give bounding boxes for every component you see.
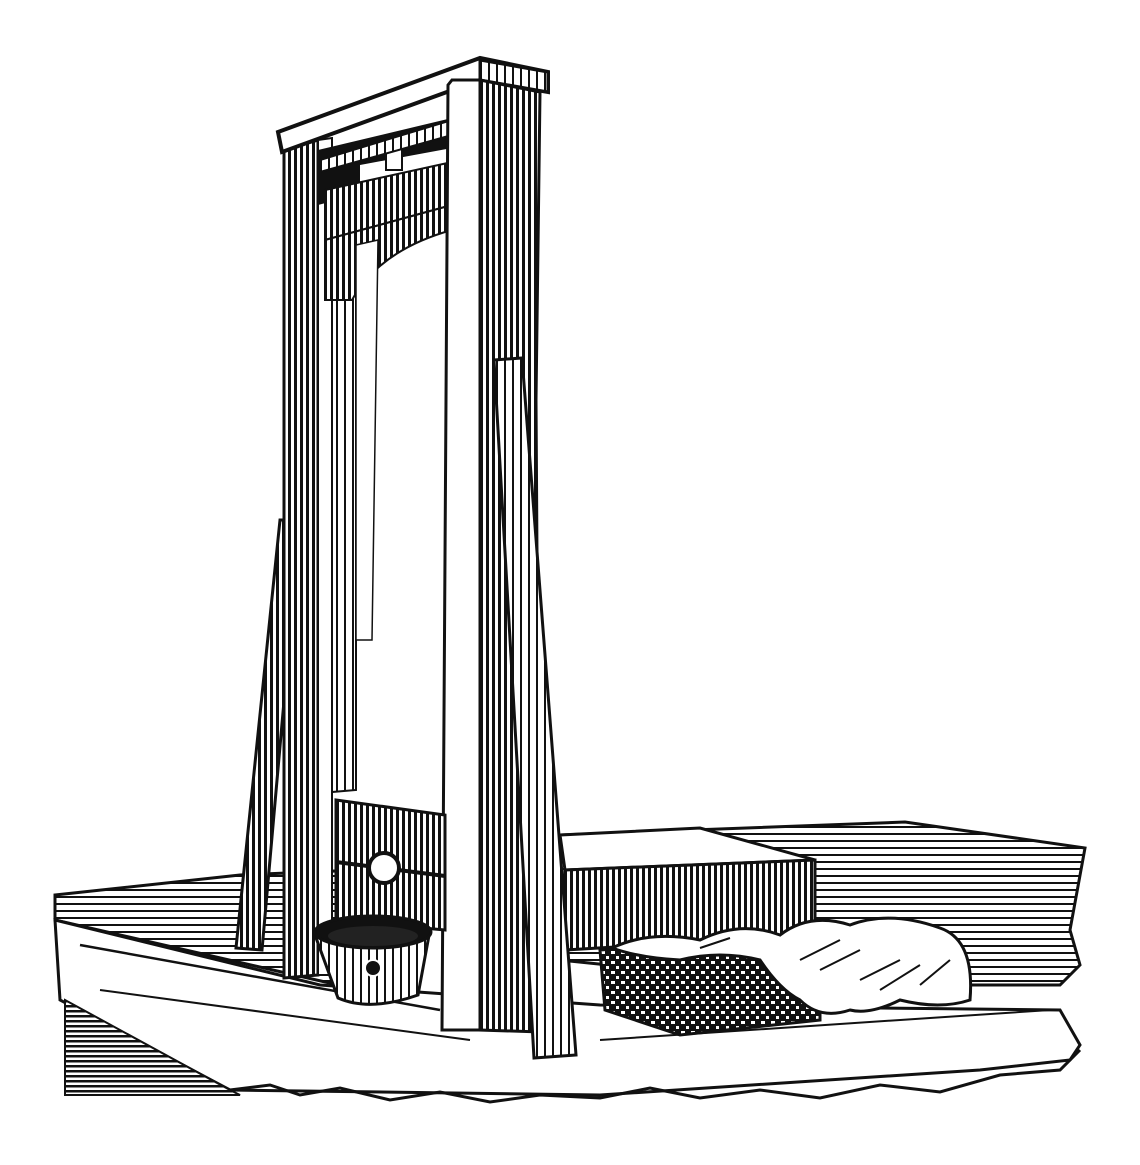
engraving-illustration [0,0,1140,1165]
inner-groove [356,240,378,640]
lunette [336,800,445,930]
guillotine-drawing [0,0,1140,1165]
